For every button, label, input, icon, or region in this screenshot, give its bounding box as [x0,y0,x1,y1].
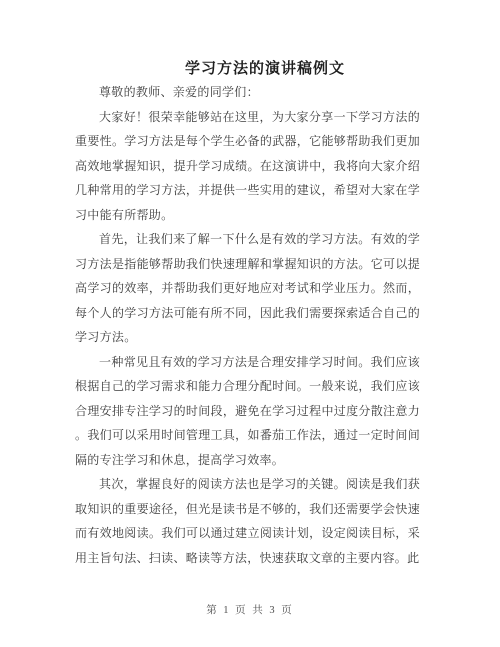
document-page: 学习方法的演讲稿例文 尊敬的教师、亲爱的同学们： 大家好！很荣幸能够站在这里，为… [0,0,500,647]
paragraph-greeting: 大家好！很荣幸能够站在这里，为大家分享一下学习方法的重要性。学习方法是每个学生必… [75,105,420,228]
page-number-text: 第 1 页 共 3 页 [206,605,294,616]
document-title: 学习方法的演讲稿例文 [0,0,500,80]
paragraph-reading-methods: 其次，掌握良好的阅读方法也是学习的关键。阅读是我们获取知识的重要途径，但光是读书… [75,472,420,570]
document-body: 尊敬的教师、亲爱的同学们： 大家好！很荣幸能够站在这里，为大家分享一下学习方法的… [75,80,420,570]
paragraph-effective-methods: 首先，让我们来了解一下什么是有效的学习方法。有效的学习方法是指能够帮助我们快速理… [75,227,420,350]
salutation-line: 尊敬的教师、亲爱的同学们： [75,80,420,105]
page-footer: 第 1 页 共 3 页 [0,602,500,617]
paragraph-time-management: 一种常见且有效的学习方法是合理安排学习时间。我们应该根据自己的学习需求和能力合理… [75,350,420,473]
